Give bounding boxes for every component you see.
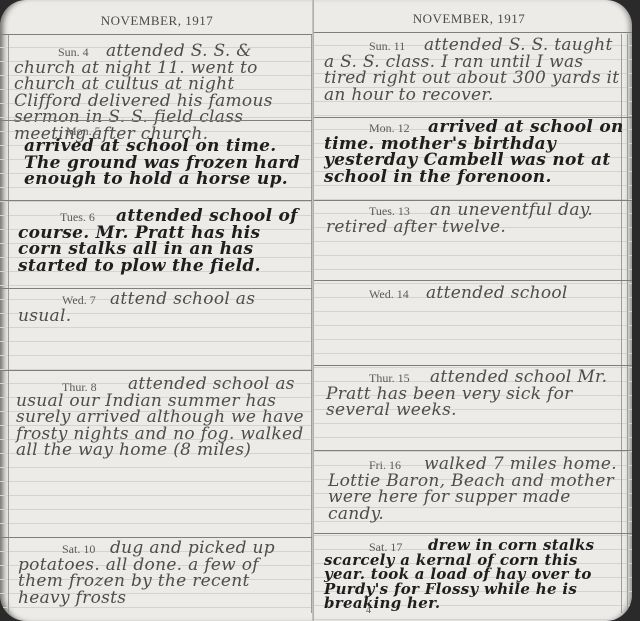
day-divider [0, 200, 314, 201]
page-header: NOVEMBER, 1917 [0, 13, 314, 29]
entry-text: attended S. S. taught a S. S. class. I r… [324, 37, 624, 103]
day-entry-thur-15: Thur. 15 attended school Mr. Pratt has b… [314, 365, 632, 450]
day-entry-fri-16: Fri. 16 walked 7 miles home. Lottie Baro… [314, 450, 632, 533]
entry-text: attended school Mr. Pratt has been very … [326, 369, 624, 419]
day-entry-thur-8: Thur. 8 attended school as usual our Ind… [0, 370, 314, 455]
day-entry-mon-12: Mon. 12 arrived at school on time. mothe… [314, 117, 632, 200]
entry-text: attended school as usual our Indian summ… [16, 376, 306, 459]
day-divider [314, 450, 632, 451]
day-entry-sun-11: Sun. 11 attended S. S. taught a S. S. cl… [314, 33, 632, 117]
entry-text: dug and picked up potatoes. all done. a … [18, 540, 306, 606]
day-entry-wed-7: Wed. 7 attend school as usual. [0, 288, 314, 370]
right-page: NOVEMBER, 1917 Sun. 11 attended S. S. ta… [314, 0, 632, 621]
day-entry-fri-9 [0, 455, 314, 537]
entry-text: arrived at school on time. The ground wa… [24, 138, 306, 188]
day-entry-tues-6: Tues. 6 attended school of course. Mr. P… [0, 200, 314, 280]
entry-text: an uneventful day. retired after twelve. [326, 202, 624, 235]
day-entry-sat-17: Sat. 17 drew in corn stalks scarcely a k… [314, 533, 632, 621]
day-divider [0, 370, 314, 371]
day-divider [314, 280, 632, 281]
day-divider [0, 120, 314, 121]
entry-text: attended school [326, 285, 624, 302]
left-page: NOVEMBER, 1917 Sun. 4 attended S. S. & c… [0, 0, 314, 621]
page-header: NOVEMBER, 1917 [314, 11, 624, 27]
day-entry-sat-10: Sat. 10 dug and picked up potatoes. all … [0, 537, 314, 621]
entry-text: drew in corn stalks scarcely a kernal of… [324, 538, 624, 611]
diary-spread: NOVEMBER, 1917 Sun. 4 attended S. S. & c… [0, 0, 640, 621]
entry-text: walked 7 miles home. Lottie Baron, Beach… [328, 456, 624, 522]
entry-text: arrived at school on time. mother's birt… [324, 119, 624, 185]
day-divider [314, 533, 632, 534]
day-entry-tues-13: Tues. 13 an uneventful day. retired afte… [314, 200, 632, 280]
day-entry-sun-4: Sun. 4 attended S. S. & church at night … [0, 35, 314, 120]
day-entry-wed-14: Wed. 14 attended school [314, 280, 632, 365]
entry-text: attend school as usual. [18, 291, 306, 324]
entry-text: attended school of course. Mr. Pratt has… [18, 208, 306, 274]
page-number: 4 [366, 605, 371, 616]
day-divider [314, 365, 632, 366]
day-entry-mon-5: Mon. 5 arrived at school on time. The gr… [0, 120, 314, 190]
